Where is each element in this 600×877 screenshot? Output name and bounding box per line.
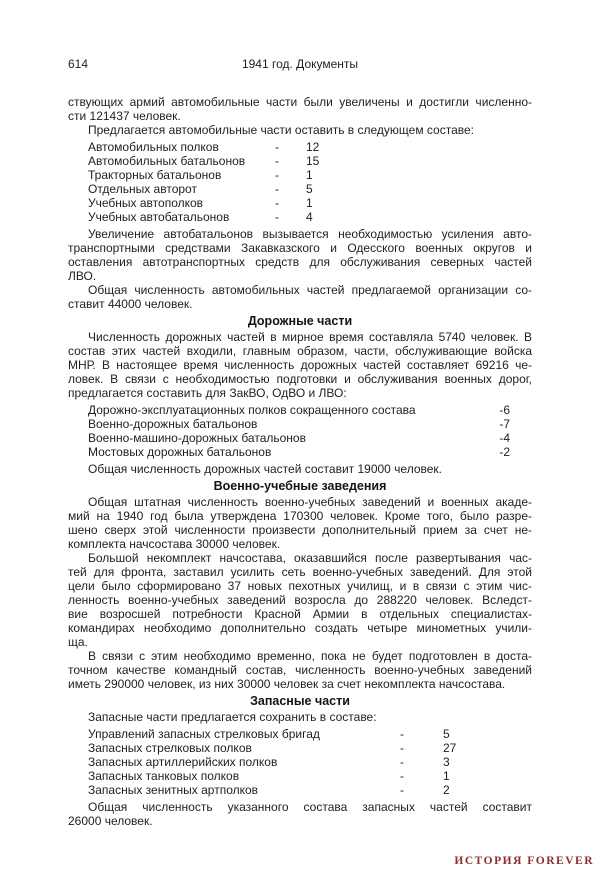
dash: -: [400, 783, 443, 797]
paragraph-schools-expansion: Большой некомплект начсостава, оказавший…: [68, 551, 532, 649]
unit-label: Учебных автобатальонов: [88, 210, 275, 224]
list-item: Управлений запасных стрелковых бригад - …: [88, 727, 532, 741]
page-number: 614: [68, 57, 88, 71]
unit-label: Дорожно-эксплуатационных полков сокращен…: [88, 403, 474, 417]
unit-count: 27: [443, 741, 456, 755]
dash: -: [400, 741, 443, 755]
list-item: Мостовых дорожных батальонов -2: [88, 445, 532, 459]
list-item: Автомобильных батальонов - 15: [88, 154, 532, 168]
dash: -: [275, 140, 306, 154]
list-item: Учебных автополков - 1: [88, 196, 532, 210]
paragraph-reserve-total: Общая численность указанного состава зап…: [68, 800, 532, 828]
paragraph-road-total: Общая численность дорожных частей состав…: [68, 462, 532, 476]
list-item: Военно-дорожных батальонов -7: [88, 417, 532, 431]
dash: -: [400, 727, 443, 741]
list-item: Отдельных авторот - 5: [88, 182, 532, 196]
unit-label: Военно-машино-дорожных батальонов: [88, 431, 474, 445]
list-item: Запасных зенитных артполков - 2: [88, 783, 532, 797]
auto-units-list: Автомобильных полков - 12 Автомобильных …: [88, 140, 532, 224]
unit-count: -7: [474, 417, 510, 431]
list-item: Тракторных батальонов - 1: [88, 168, 532, 182]
unit-count: 5: [443, 727, 450, 741]
unit-label: Отдельных авторот: [88, 182, 275, 196]
list-item: Дорожно-эксплуатационных полков сокращен…: [88, 403, 532, 417]
unit-count: 15: [306, 154, 319, 168]
unit-count: 2: [443, 783, 450, 797]
unit-label: Автомобильных батальонов: [88, 154, 275, 168]
unit-label: Учебных автополков: [88, 196, 275, 210]
unit-count: 3: [443, 755, 450, 769]
dash: -: [400, 769, 443, 783]
dash: -: [275, 154, 306, 168]
list-item: Запасных танковых полков - 1: [88, 769, 532, 783]
list-item: Военно-машино-дорожных батальонов -4: [88, 431, 532, 445]
dash: -: [275, 196, 306, 210]
unit-label: Военно-дорожных батальонов: [88, 417, 474, 431]
page-header: 614 1941 год. Документы: [68, 57, 532, 71]
watermark-text: ИСТОРИЯ FOREVER: [454, 854, 594, 868]
paragraph-reserve-intro: Запасные части предлагается сохранить в …: [68, 710, 532, 724]
scanned-document-page: 614 1941 год. Документы ствующих армий а…: [0, 0, 600, 877]
list-item: Учебных автобатальонов - 4: [88, 210, 532, 224]
unit-count: -6: [474, 403, 510, 417]
paragraph-intro: ствующих армий автомобильные части были …: [68, 95, 532, 123]
dash: -: [275, 182, 306, 196]
road-units-list: Дорожно-эксплуатационных полков сокращен…: [88, 403, 532, 459]
paragraph-autobattalion-increase: Увеличение автобатальонов вызывается нео…: [68, 227, 532, 283]
unit-count: 5: [306, 182, 313, 196]
unit-label: Запасных танковых полков: [88, 769, 400, 783]
unit-count: 12: [306, 140, 319, 154]
unit-count: 1: [306, 196, 313, 210]
list-item: Запасных стрелковых полков - 27: [88, 741, 532, 755]
unit-count: -2: [474, 445, 510, 459]
unit-label: Запасных артиллерийских полков: [88, 755, 400, 769]
dash: -: [275, 210, 306, 224]
unit-label: Автомобильных полков: [88, 140, 275, 154]
unit-label: Запасных стрелковых полков: [88, 741, 400, 755]
section-heading-military-schools: Военно-учебные заведения: [68, 479, 532, 493]
unit-label: Тракторных батальонов: [88, 168, 275, 182]
reserve-units-list: Управлений запасных стрелковых бригад - …: [88, 727, 532, 797]
paragraph-auto-total: Общая численность автомобильных частей п…: [68, 283, 532, 311]
paragraph-road-units: Численность дорожных частей в мирное вре…: [68, 330, 532, 400]
dash: -: [400, 755, 443, 769]
unit-label: Мостовых дорожных батальонов: [88, 445, 474, 459]
running-title: 1941 год. Документы: [242, 57, 358, 71]
list-item: Автомобильных полков - 12: [88, 140, 532, 154]
unit-count: 1: [443, 769, 450, 783]
list-item: Запасных артиллерийских полков - 3: [88, 755, 532, 769]
unit-count: -4: [474, 431, 510, 445]
unit-count: 1: [306, 168, 313, 182]
paragraph-schools-temporary: В связи с этим необходимо временно, пока…: [68, 649, 532, 691]
unit-label: Управлений запасных стрелковых бригад: [88, 727, 400, 741]
paragraph-propose: Предлагается автомобильные части оставит…: [68, 123, 532, 137]
unit-count: 4: [306, 210, 313, 224]
section-heading-reserve-units: Запасные части: [68, 694, 532, 708]
unit-label: Запасных зенитных артполков: [88, 783, 400, 797]
section-heading-road-units: Дорожные части: [68, 314, 532, 328]
paragraph-schools-strength: Общая штатная численность военно-учебных…: [68, 495, 532, 551]
dash: -: [275, 168, 306, 182]
